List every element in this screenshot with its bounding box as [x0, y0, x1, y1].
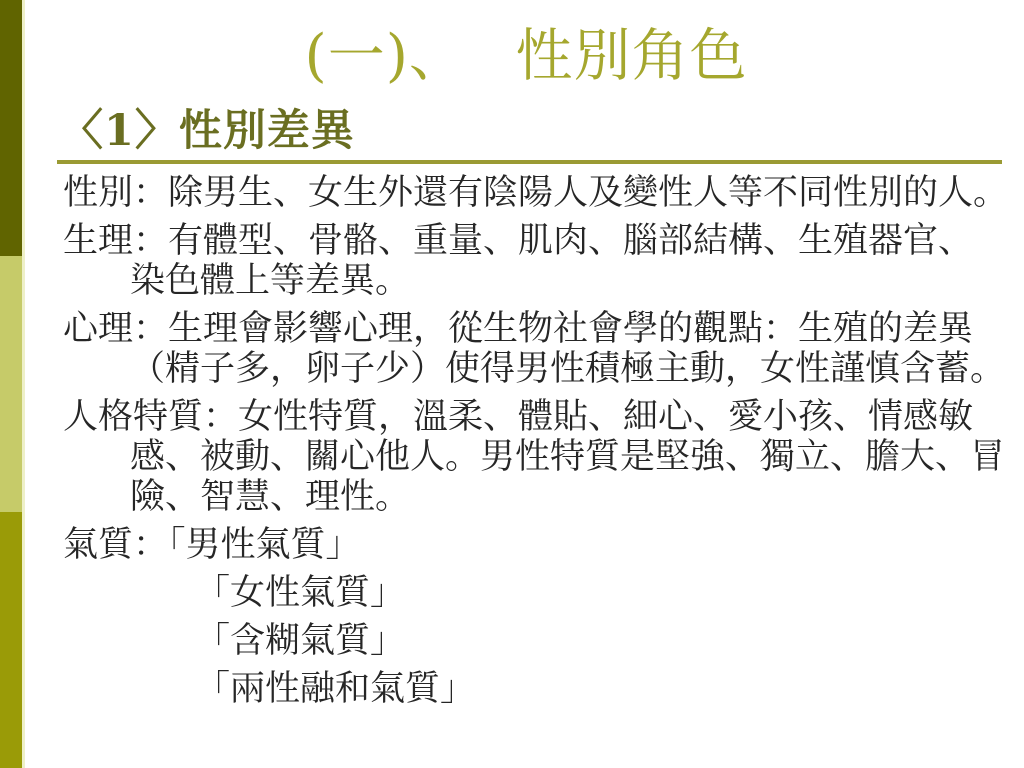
body-line: 感、被動、關心他人。男性特質是堅強、獨立、膽大、冒: [0, 437, 1014, 477]
body-line: 「含糊氣質」: [0, 621, 1014, 661]
slide-title: (一)、 性別角色: [28, 20, 1024, 92]
body-line: 「兩性融和氣質」: [0, 669, 1014, 709]
presentation-slide: (一)、 性別角色 〈1〉性別差異 性別：除男生、女生外還有陰陽人及變性人等不同…: [0, 0, 1024, 768]
body-line: 氣質：「男性氣質」: [0, 525, 1014, 565]
body-line: 性別：除男生、女生外還有陰陽人及變性人等不同性別的人。: [0, 173, 1014, 213]
body-line: 心理：生理會影響心理，從生物社會學的觀點：生殖的差異: [0, 309, 1014, 349]
slide-body: 性別：除男生、女生外還有陰陽人及變性人等不同性別的人。生理：有體型、骨骼、重量、…: [0, 165, 1014, 709]
body-line: 險、智慧、理性。: [0, 477, 1014, 517]
section-heading: 〈1〉性別差異: [60, 106, 355, 156]
body-line: 染色體上等差異。: [0, 261, 1014, 301]
body-line: （精子多，卵子少）使得男性積極主動，女性謹慎含蓄。: [0, 349, 1014, 389]
body-line: 「女性氣質」: [0, 573, 1014, 613]
heading-underline: [57, 160, 1002, 164]
body-line: 生理：有體型、骨骼、重量、肌肉、腦部結構、生殖器官、: [0, 221, 1014, 261]
body-line: 人格特質：女性特質，溫柔、體貼、細心、愛小孩、情感敏: [0, 397, 1014, 437]
